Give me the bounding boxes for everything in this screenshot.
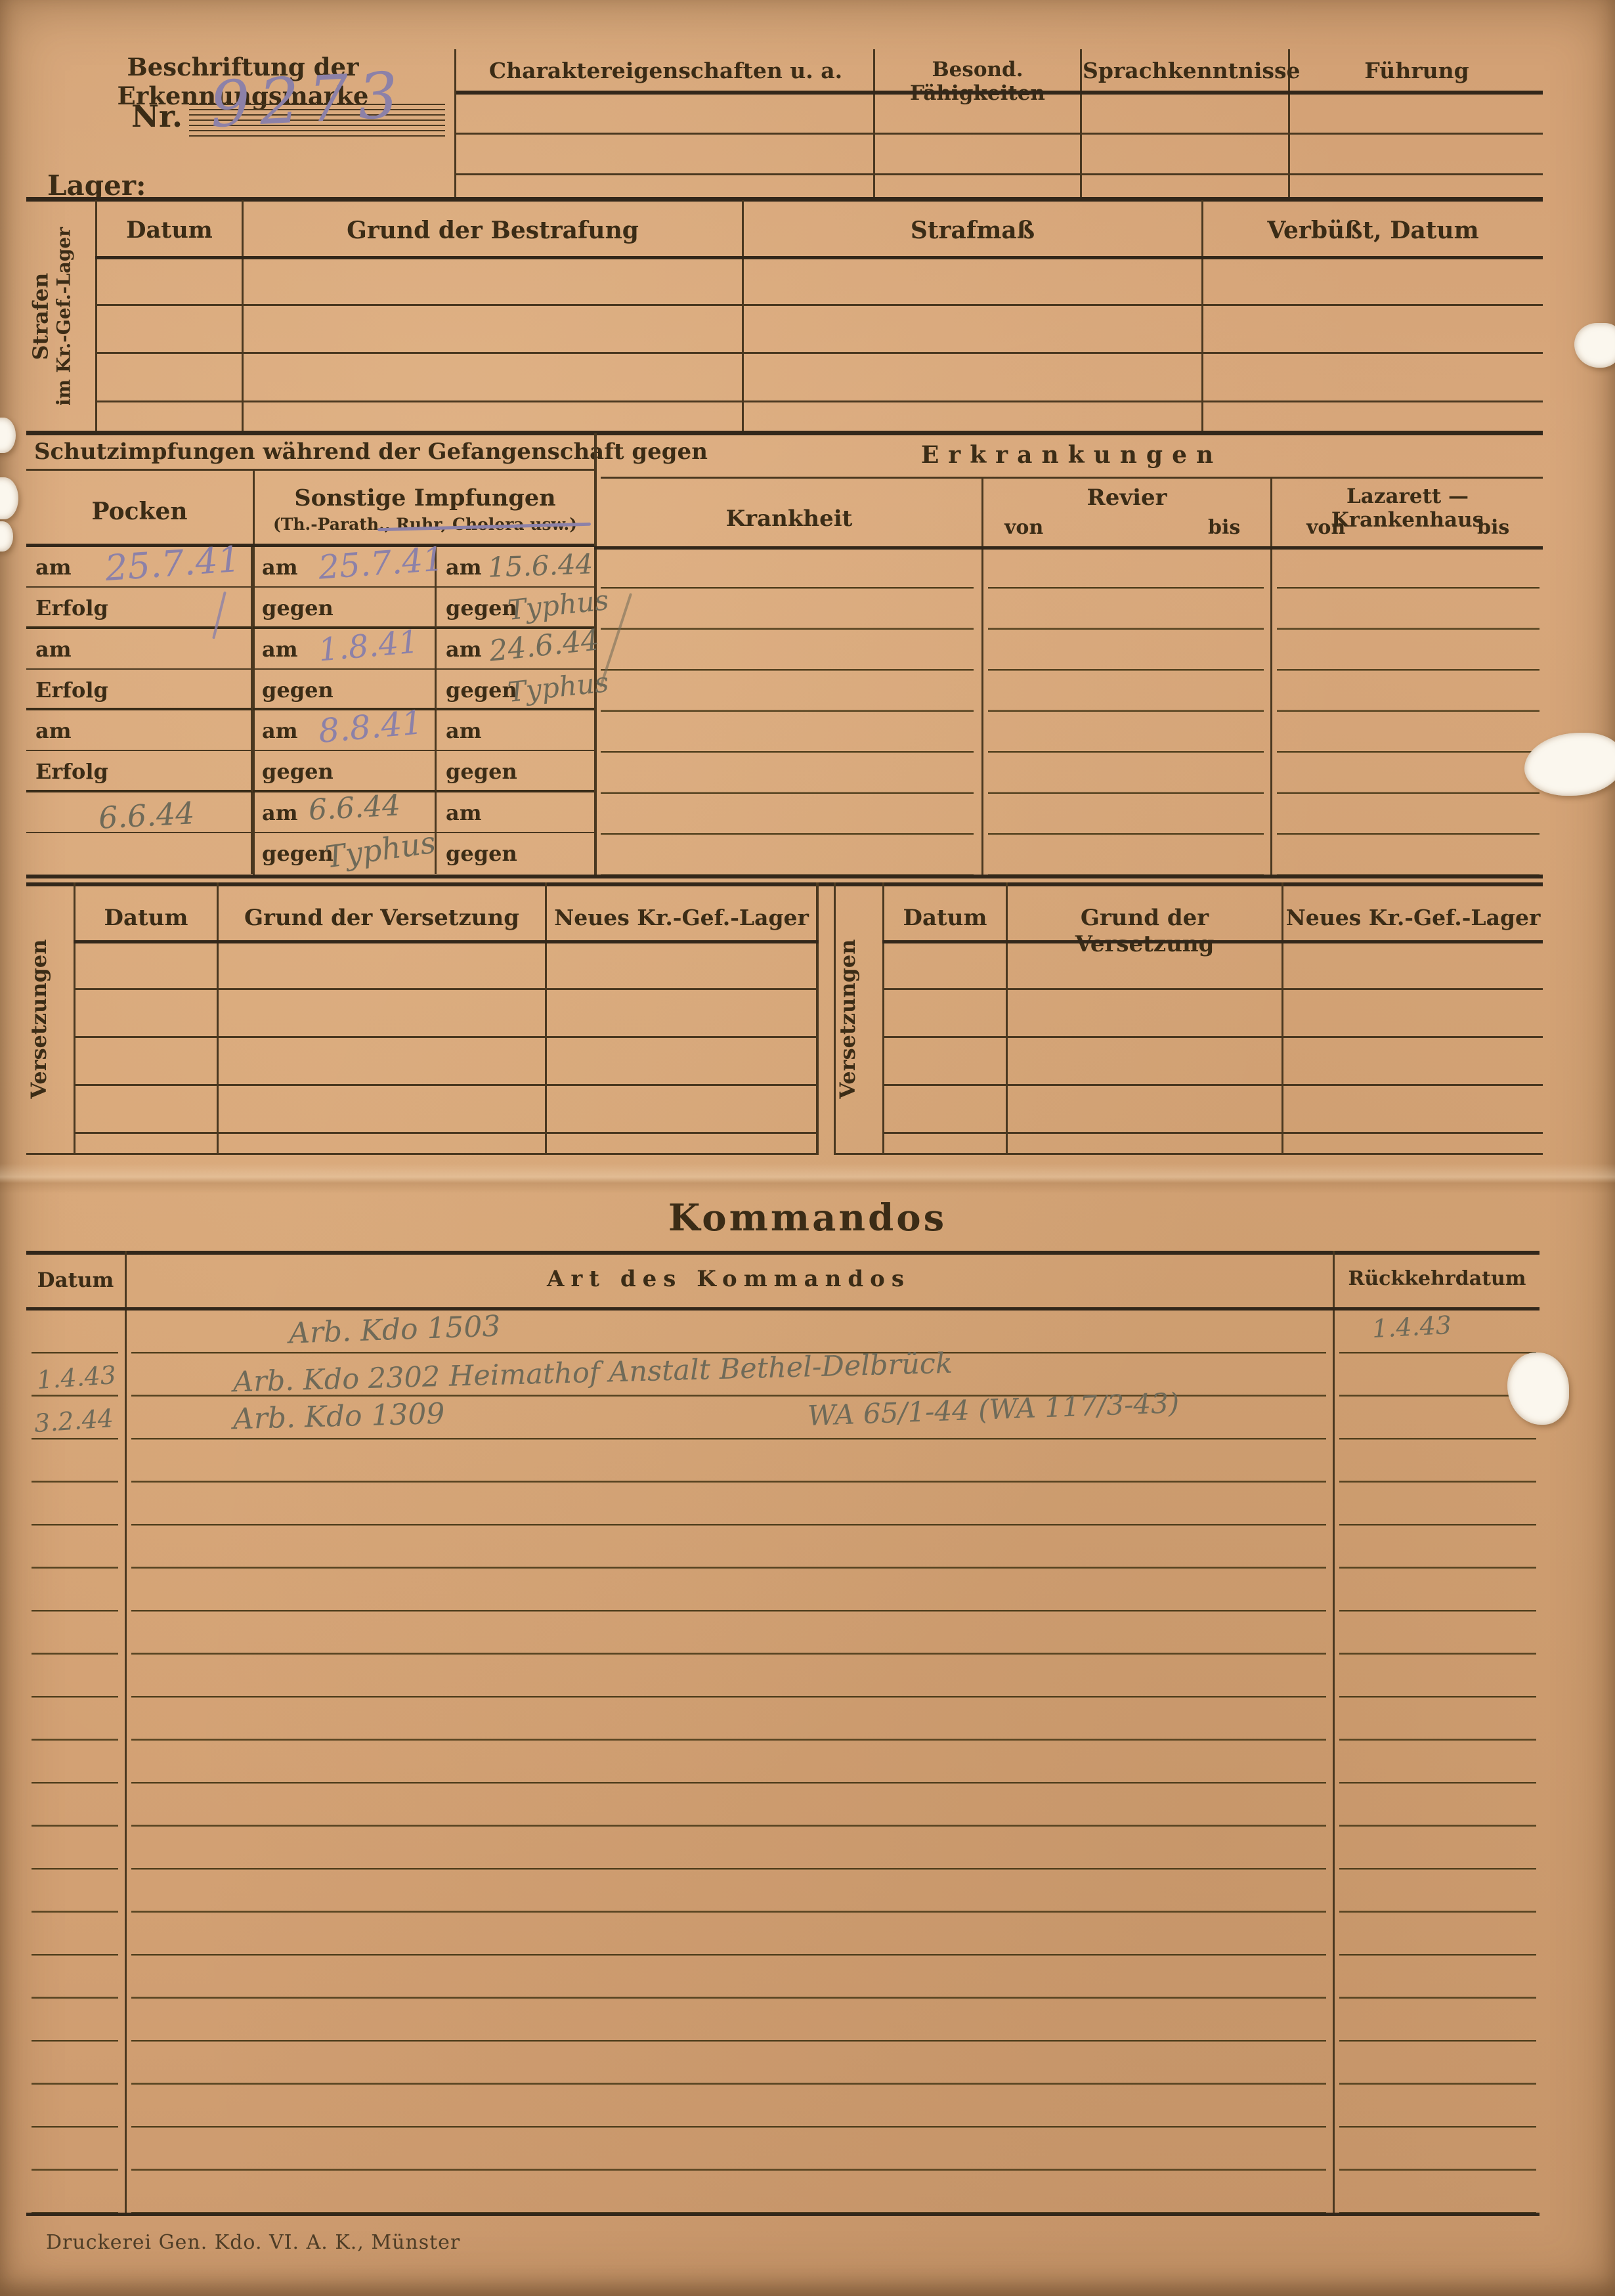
rule bbox=[1270, 477, 1272, 875]
lazarett-von-label: von bbox=[1306, 516, 1345, 539]
rule bbox=[882, 1036, 1543, 1038]
impf-label: am bbox=[446, 555, 482, 580]
kommandos-col-datum: Datum bbox=[28, 1268, 123, 1292]
kommandos-title: Kommandos bbox=[0, 1196, 1615, 1240]
rule bbox=[26, 875, 1543, 878]
impf-label: gegen bbox=[262, 841, 334, 866]
versetzungen-side-label-right: Versetzungen bbox=[835, 884, 882, 1154]
rule bbox=[882, 988, 1543, 990]
versetzungen-side-label-left: Versetzungen bbox=[26, 884, 74, 1154]
fold-crease bbox=[0, 1163, 1615, 1194]
paper-tear bbox=[0, 521, 13, 552]
versetzungen-col-grund-left: Grund der Versetzung bbox=[219, 905, 545, 931]
kommandos-rows bbox=[32, 1310, 118, 2213]
erkrankungen-section-title: Erkrankungen bbox=[601, 441, 1543, 469]
impf-label: am bbox=[446, 800, 482, 825]
kommando-entry-art: Arb. Kdo 1309 bbox=[232, 1397, 445, 1436]
rule bbox=[456, 133, 1543, 135]
strafen-col-strafmass: Strafmaß bbox=[744, 217, 1201, 244]
traits-col-charakter: Charaktereigenschaften u. a. bbox=[460, 58, 872, 83]
impf-label: gegen bbox=[262, 678, 334, 703]
impf-label: am bbox=[35, 555, 72, 580]
rule bbox=[26, 1153, 819, 1155]
rule bbox=[95, 304, 1543, 306]
pow-record-card: Beschriftung der Erkennungsmarke Nr. 927… bbox=[0, 0, 1615, 2296]
impf-label: am bbox=[262, 718, 298, 743]
traits-col-faehigkeiten: Besond. Fähigkeiten bbox=[876, 58, 1079, 105]
impf-label: am bbox=[262, 555, 298, 580]
impf-label: Erfolg bbox=[35, 596, 108, 620]
versetzungen-col-datum-left: Datum bbox=[75, 905, 217, 931]
rule bbox=[1333, 1251, 1335, 2215]
rule bbox=[816, 882, 819, 1154]
rule bbox=[74, 1036, 819, 1038]
rule bbox=[834, 882, 836, 1154]
impfungen-table: am25.7.41 am25.7.41 am15.6.44 Erfolg geg… bbox=[26, 547, 594, 875]
impf-value: 15.6.44 bbox=[487, 548, 593, 584]
rule bbox=[74, 940, 819, 943]
impf-label: gegen bbox=[446, 759, 517, 784]
impf-value: 6.6.44 bbox=[308, 789, 401, 827]
rule bbox=[981, 477, 983, 875]
impf-value: 8.8.41 bbox=[317, 703, 424, 750]
kommandos-col-art: Art des Kommandos bbox=[127, 1266, 1331, 1292]
strafen-col-verbuesst: Verbüßt, Datum bbox=[1203, 217, 1543, 244]
rule bbox=[882, 1084, 1543, 1086]
strafen-side-label-line2: im Kr.-Gef.-Lager bbox=[53, 201, 75, 433]
kommando-entry-datum: 3.2.44 bbox=[33, 1404, 115, 1438]
erkrankungen-rows bbox=[601, 548, 974, 875]
rule bbox=[95, 256, 1543, 259]
impf-label: Erfolg bbox=[35, 678, 108, 703]
paper-tear bbox=[1574, 323, 1615, 368]
impf-value: 25.7.41 bbox=[104, 538, 242, 589]
rule bbox=[456, 173, 1543, 175]
kommandos-rows bbox=[131, 1310, 1326, 2213]
impf-label: Erfolg bbox=[35, 759, 108, 784]
krankheit-header: Krankheit bbox=[597, 506, 981, 532]
rule bbox=[26, 1251, 1540, 1255]
impf-label: am bbox=[446, 718, 482, 743]
kommandos-rows bbox=[1339, 1310, 1536, 2213]
impf-value: 1.8.41 bbox=[317, 623, 420, 668]
impf-label: am bbox=[262, 800, 298, 825]
versetzungen-col-datum-right: Datum bbox=[884, 905, 1006, 931]
rule bbox=[882, 1132, 1543, 1134]
paper-tear bbox=[0, 418, 16, 453]
kommando-entry-datum: 1.4.43 bbox=[36, 1360, 118, 1395]
lager-dotted-line bbox=[163, 171, 452, 200]
sonstige-impfungen-header: Sonstige Impfungen bbox=[256, 485, 594, 511]
impf-label: am bbox=[262, 637, 298, 662]
strafen-side-label: Strafen im Kr.-Gef.-Lager bbox=[28, 201, 94, 433]
rule bbox=[26, 197, 1543, 202]
impf-label: am bbox=[35, 637, 72, 662]
versetzungen-col-neues-right: Neues Kr.-Gef.-Lager bbox=[1283, 905, 1543, 930]
revier-von-label: von bbox=[1004, 516, 1043, 539]
rule bbox=[882, 940, 1543, 943]
rule bbox=[834, 1153, 1543, 1155]
rule bbox=[26, 469, 594, 471]
rule bbox=[26, 431, 1543, 435]
rule bbox=[456, 91, 1543, 95]
rule bbox=[95, 352, 1543, 354]
impf-label: gegen bbox=[446, 841, 517, 866]
rule bbox=[74, 1132, 819, 1134]
rule bbox=[26, 2213, 1540, 2216]
kommando-entry-rueckkehr: 1.4.43 bbox=[1371, 1310, 1452, 1343]
versetzungen-col-grund-right: Grund der Versetzung bbox=[1008, 905, 1281, 957]
revier-header: Revier bbox=[983, 485, 1270, 511]
impf-label: am bbox=[35, 718, 72, 743]
impf-label: am bbox=[446, 637, 482, 662]
rule bbox=[601, 477, 1543, 479]
impf-value: 25.7.41 bbox=[317, 540, 444, 586]
lazarett-bis-label: bis bbox=[1477, 516, 1509, 539]
pocken-header: Pocken bbox=[26, 498, 253, 525]
versetzungen-col-neues-left: Neues Kr.-Gef.-Lager bbox=[547, 905, 816, 930]
impf-label: gegen bbox=[262, 759, 334, 784]
strafen-col-grund: Grund der Bestrafung bbox=[244, 217, 742, 244]
erkrankungen-rows bbox=[1277, 548, 1540, 875]
erkrankungen-rows bbox=[988, 548, 1264, 875]
id-number-handwritten: 9273 bbox=[208, 58, 409, 142]
rule bbox=[26, 882, 1543, 886]
rule bbox=[74, 1084, 819, 1086]
traits-col-fuehrung: Führung bbox=[1291, 58, 1543, 83]
paper-tear bbox=[0, 477, 18, 519]
traits-col-sprachen: Sprachkenntnisse bbox=[1083, 58, 1287, 83]
impf-value: 24.6.44 bbox=[488, 623, 601, 668]
rule bbox=[125, 1251, 127, 2215]
revier-bis-label: bis bbox=[1208, 516, 1240, 539]
kommandos-col-rueckkehr: Rückkehrdatum bbox=[1335, 1267, 1540, 1290]
rule bbox=[74, 988, 819, 990]
rule bbox=[95, 401, 1543, 402]
printer-imprint: Druckerei Gen. Kdo. VI. A. K., Münster bbox=[46, 2231, 460, 2254]
strafen-side-label-line1: Strafen bbox=[28, 201, 53, 433]
impf-label: gegen bbox=[262, 596, 334, 620]
impf-value: 6.6.44 bbox=[98, 795, 196, 836]
id-number-label: Nr. bbox=[131, 98, 183, 134]
strafen-col-datum: Datum bbox=[97, 217, 242, 244]
